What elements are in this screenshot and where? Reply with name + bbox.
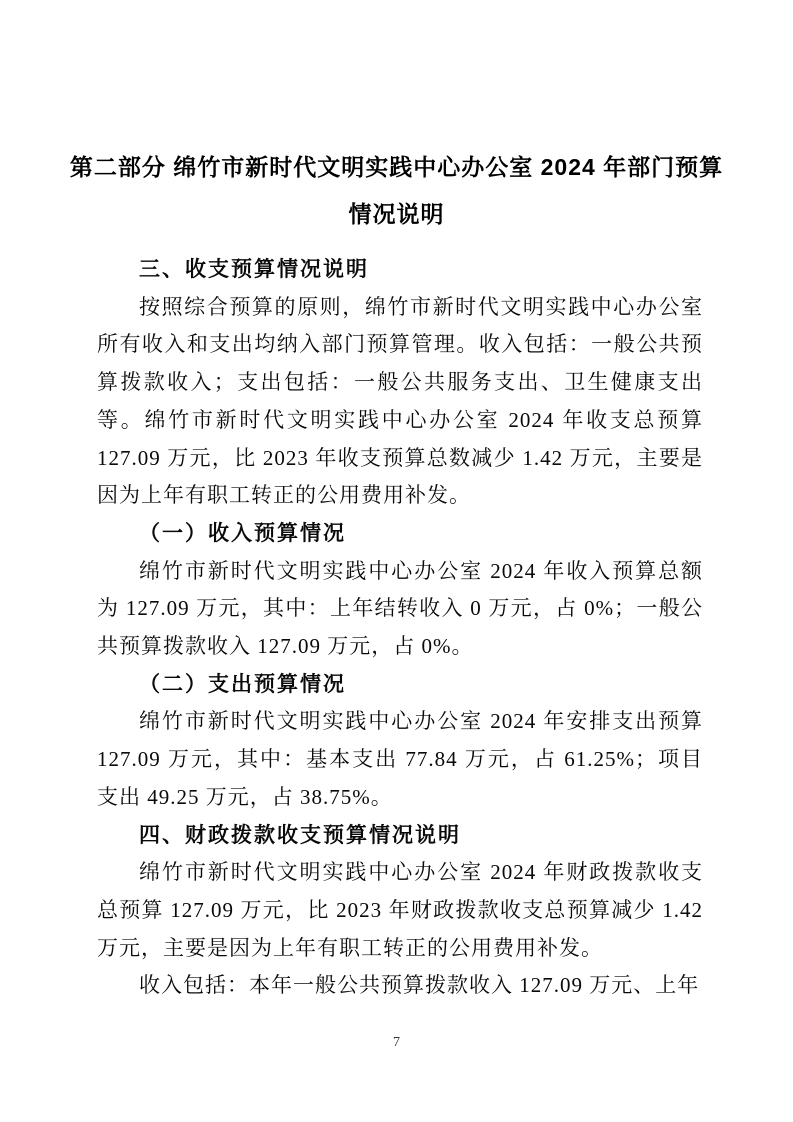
- document-title-line-2: 情况说明: [60, 191, 733, 238]
- paragraph-expense-budget: 绵竹市新时代文明实践中心办公室 2024 年安排支出预算 127.09 万元，其…: [97, 703, 703, 816]
- document-title-line-1: 第二部分 绵竹市新时代文明实践中心办公室 2024 年部门预算: [60, 144, 733, 191]
- document-body: 三、收支预算情况说明 按照综合预算的原则，绵竹市新时代文明实践中心办公室所有收入…: [97, 251, 703, 1005]
- document-page: 第二部分 绵竹市新时代文明实践中心办公室 2024 年部门预算 情况说明 三、收…: [0, 0, 793, 1122]
- paragraph-income-budget: 绵竹市新时代文明实践中心办公室 2024 年收入预算总额为 127.09 万元，…: [97, 553, 703, 666]
- subheading-expense-budget: （二）支出预算情况: [97, 666, 703, 704]
- document-title: 第二部分 绵竹市新时代文明实践中心办公室 2024 年部门预算 情况说明: [60, 144, 733, 238]
- section-heading-4: 四、财政拨款收支预算情况说明: [97, 817, 703, 855]
- paragraph-income-includes: 收入包括：本年一般公共预算拨款收入 127.09 万元、上年: [97, 967, 703, 1005]
- subheading-income-budget: （一）收入预算情况: [97, 515, 703, 553]
- page-number: 7: [0, 1035, 793, 1051]
- paragraph-fiscal-appropriation: 绵竹市新时代文明实践中心办公室 2024 年财政拨款收支总预算 127.09 万…: [97, 854, 703, 967]
- paragraph-budget-overview: 按照综合预算的原则，绵竹市新时代文明实践中心办公室所有收入和支出均纳入部门预算管…: [97, 289, 703, 515]
- section-heading-3: 三、收支预算情况说明: [97, 251, 703, 289]
